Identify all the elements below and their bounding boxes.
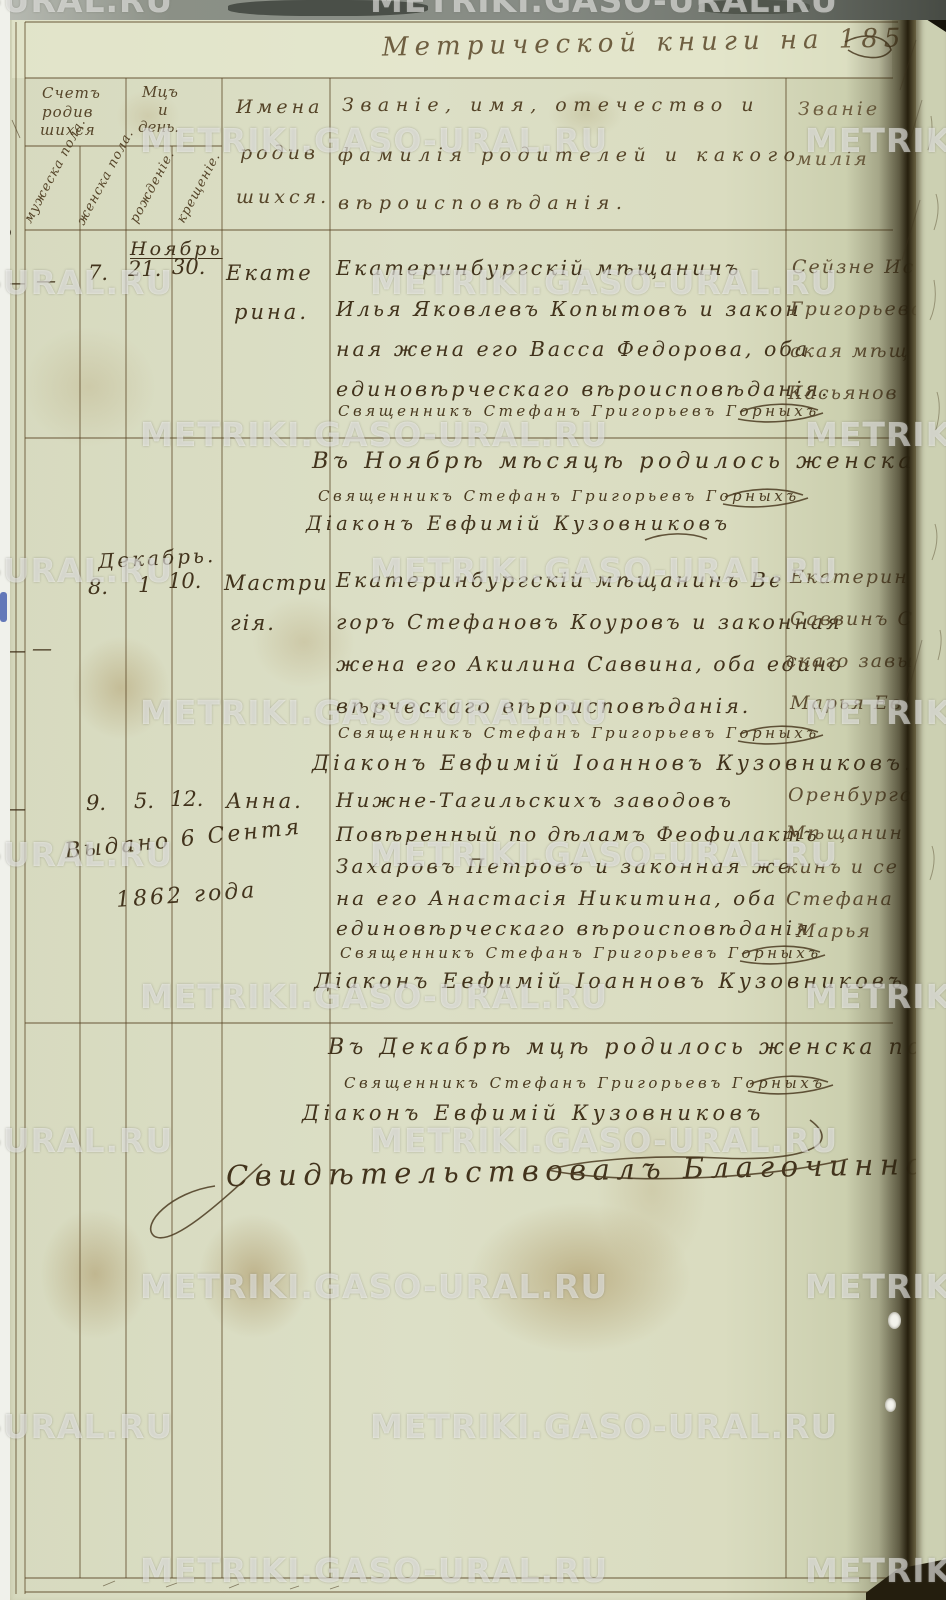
watermark: METRIKI.GASO-URAL.RU: [370, 838, 838, 871]
watermark: METRIKI.GASO-URAL.RU: [805, 1270, 946, 1303]
watermark: METRIKI.GASO-URAL.RU: [370, 1124, 838, 1157]
watermark: METRIKI.GASO-URAL.RU: [0, 1124, 173, 1157]
watermark: METRIKI.GASO-URAL.RU: [140, 696, 608, 729]
watermark: METRIKI.GASO-URAL.RU: [805, 1554, 946, 1587]
watermark: METRIKI.GASO-URAL.RU: [0, 838, 173, 871]
metrical-book-scan: METRIKI.GASO-URAL.RU METRIKI.GASO-URAL.R…: [0, 0, 946, 1600]
watermark: METRIKI.GASO-URAL.RU: [370, 0, 838, 17]
watermark: METRIKI.GASO-URAL.RU: [0, 266, 173, 299]
watermark: METRIKI.GASO-URAL.RU: [0, 0, 173, 17]
watermark: METRIKI.GASO-URAL.RU: [0, 1410, 173, 1443]
watermark: METRIKI.GASO-URAL.RU: [805, 418, 946, 451]
watermark: METRIKI.GASO-URAL.RU: [805, 696, 946, 729]
watermark: METRIKI.GASO-URAL.RU: [0, 554, 173, 587]
watermark: METRIKI.GASO-URAL.RU: [805, 980, 946, 1013]
watermark: METRIKI.GASO-URAL.RU: [140, 418, 608, 451]
paper-hole: [888, 1312, 901, 1329]
watermark: METRIKI.GASO-URAL.RU: [805, 124, 946, 157]
watermark: METRIKI.GASO-URAL.RU: [370, 266, 838, 299]
watermark: METRIKI.GASO-URAL.RU: [370, 554, 838, 587]
watermark: METRIKI.GASO-URAL.RU: [370, 1410, 838, 1443]
watermark: METRIKI.GASO-URAL.RU: [140, 1270, 608, 1303]
gutter-ghost-marks: [0, 0, 946, 1600]
watermark: METRIKI.GASO-URAL.RU: [140, 980, 608, 1013]
watermark: METRIKI.GASO-URAL.RU: [140, 124, 608, 157]
paper-hole: [885, 1398, 896, 1412]
watermark: METRIKI.GASO-URAL.RU: [140, 1554, 608, 1587]
